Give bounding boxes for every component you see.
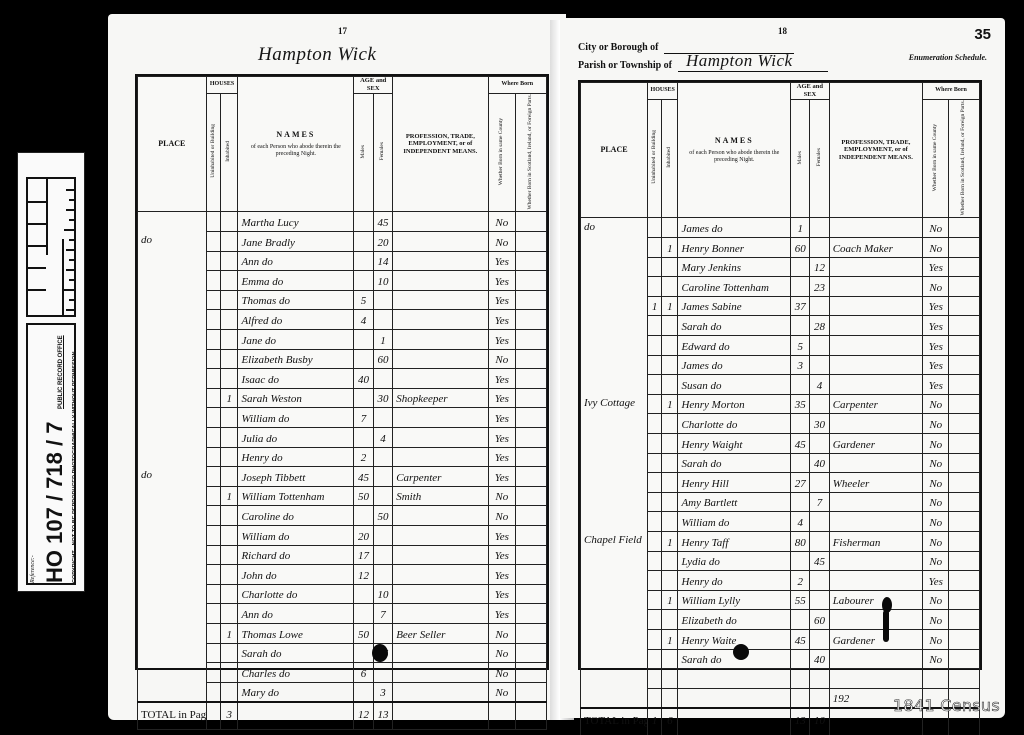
uninhabited-cell (206, 682, 220, 702)
male-age-cell (791, 669, 810, 689)
col-where-born: Where Born (923, 83, 980, 100)
same-county-cell: No (923, 394, 949, 414)
male-age-cell: 20 (354, 525, 373, 545)
col-profession: PROFESSION, TRADE, EMPLOYMENT, or of IND… (393, 77, 488, 212)
same-county-cell: No (488, 232, 516, 252)
total-inhabited: 6 (662, 708, 678, 735)
name-cell: Mary Jenkins (678, 257, 791, 277)
inhabited-cell (221, 682, 238, 702)
same-county-cell: No (923, 629, 949, 649)
census-row: Isaac do40Yes (138, 369, 547, 389)
census-row: Sarah do45No (138, 643, 547, 663)
profession-cell (393, 604, 488, 624)
inhabited-cell: 1 (662, 238, 678, 258)
female-age-cell: 10 (373, 584, 392, 604)
foreign-born-cell (949, 394, 980, 414)
female-age-cell: 4 (373, 428, 392, 448)
name-cell: Elizabeth Busby (238, 349, 354, 369)
uninhabited-cell (648, 512, 662, 532)
uninhabited-cell (206, 212, 220, 232)
same-county-cell: No (923, 473, 949, 493)
uninhabited-cell (648, 434, 662, 454)
foreign-born-cell (516, 447, 547, 467)
foreign-born-cell (949, 414, 980, 434)
inhabited-cell (662, 492, 678, 512)
profession-cell (829, 512, 922, 532)
total-blank (393, 702, 488, 730)
male-age-cell (354, 212, 373, 232)
col-age-sex: AGE and SEX (354, 77, 393, 94)
inhabited-cell (662, 434, 678, 454)
profession-cell (829, 375, 922, 395)
col-names: NAMES of each Person who abode therein t… (238, 77, 354, 212)
profession-cell: Carpenter (393, 467, 488, 487)
profession-cell (829, 277, 922, 297)
place-cell (138, 525, 207, 545)
foreign-born-cell (516, 486, 547, 506)
male-age-cell (791, 688, 810, 708)
name-cell: Sarah Weston (238, 388, 354, 408)
inhabited-cell: 1 (662, 531, 678, 551)
census-row: Mary Jenkins12Yes (581, 257, 980, 277)
same-county-cell: No (923, 414, 949, 434)
uninhabited-cell (206, 271, 220, 291)
foreign-born-cell (516, 251, 547, 271)
uninhabited-cell (206, 408, 220, 428)
name-cell: William do (678, 512, 791, 532)
enumeration-schedule-label: Enumeration Schedule. (909, 53, 987, 62)
profession-cell (393, 271, 488, 291)
inhabited-cell (221, 232, 238, 252)
foreign-born-cell (949, 238, 980, 258)
foreign-born-cell (949, 375, 980, 395)
profession-cell (393, 369, 488, 389)
place-cell (138, 506, 207, 526)
female-age-cell (810, 473, 829, 493)
same-county-cell: Yes (923, 316, 949, 336)
foreign-born-cell (516, 525, 547, 545)
total-blank (238, 702, 354, 730)
male-age-cell (791, 453, 810, 473)
census-watermark: 1841 Census (893, 696, 1000, 715)
inhabited-cell: 1 (662, 296, 678, 316)
female-age-cell (373, 623, 392, 643)
census-row: William do20Yes (138, 525, 547, 545)
uninhabited-cell (206, 467, 220, 487)
inhabited-cell (662, 218, 678, 238)
uninhabited-cell (648, 571, 662, 591)
profession-cell (393, 408, 488, 428)
census-row: Alfred do4Yes (138, 310, 547, 330)
same-county-cell: Yes (488, 310, 516, 330)
female-age-cell (810, 336, 829, 356)
foreign-born-cell (949, 571, 980, 591)
same-county-cell: Yes (923, 571, 949, 591)
female-age-cell: 45 (810, 551, 829, 571)
uninhabited-cell (206, 525, 220, 545)
col-same-county: Whether Born in same County (499, 118, 505, 185)
foreign-born-cell (949, 531, 980, 551)
uninhabited-cell (648, 257, 662, 277)
profession-cell (393, 212, 488, 232)
uninhabited-cell (206, 349, 220, 369)
inhabited-cell (662, 453, 678, 473)
name-cell: Jane do (238, 330, 354, 350)
male-age-cell (791, 316, 810, 336)
name-cell: Henry do (238, 447, 354, 467)
census-row: 11James Sabine37Yes (581, 296, 980, 316)
foreign-born-cell (949, 649, 980, 669)
foreign-born-cell (949, 296, 980, 316)
name-cell: Thomas Lowe (238, 623, 354, 643)
female-age-cell: 23 (810, 277, 829, 297)
inhabited-cell (221, 584, 238, 604)
foreign-born-cell (516, 271, 547, 291)
inhabited-cell (221, 447, 238, 467)
name-cell: Sarah do (678, 316, 791, 336)
place-cell (138, 623, 207, 643)
same-county-cell: Yes (488, 251, 516, 271)
name-cell (678, 688, 791, 708)
male-age-cell: 17 (354, 545, 373, 565)
inhabited-cell (221, 467, 238, 487)
total-label: TOTAL in Page 18 (581, 708, 648, 735)
foreign-born-cell (949, 257, 980, 277)
male-age-cell (354, 428, 373, 448)
same-county-cell: Yes (923, 257, 949, 277)
census-row: Sarah do40No (581, 649, 980, 669)
foreign-born-cell (949, 218, 980, 238)
place-cell (581, 512, 648, 532)
same-county-cell: No (488, 623, 516, 643)
uninhabited-cell (206, 310, 220, 330)
profession-cell (829, 355, 922, 375)
same-county-cell (923, 669, 949, 689)
foreign-born-cell (516, 623, 547, 643)
inhabited-cell (662, 610, 678, 630)
inhabited-cell (662, 551, 678, 571)
profession-cell (393, 506, 488, 526)
male-age-cell (354, 271, 373, 291)
same-county-cell: No (488, 682, 516, 702)
inhabited-cell (662, 649, 678, 669)
female-age-cell (373, 369, 392, 389)
same-county-cell: Yes (488, 428, 516, 448)
same-county-cell: Yes (488, 290, 516, 310)
profession-cell (393, 663, 488, 683)
uninhabited-cell (648, 669, 662, 689)
name-cell: Henry do (678, 571, 791, 591)
census-row: William do4No (581, 512, 980, 532)
same-county-cell: No (923, 218, 949, 238)
profession-cell: Smith (393, 486, 488, 506)
female-age-cell: 28 (810, 316, 829, 336)
total-males: 13 (791, 708, 810, 735)
name-cell: Ann do (238, 604, 354, 624)
female-age-cell: 40 (810, 453, 829, 473)
foreign-born-cell (516, 467, 547, 487)
parish-township-rule (678, 71, 828, 72)
male-age-cell (791, 610, 810, 630)
male-age-cell (354, 643, 373, 663)
uninhabited-cell: 1 (648, 296, 662, 316)
census-row: William do7Yes (138, 408, 547, 428)
inhabited-cell (221, 271, 238, 291)
same-county-cell: No (923, 512, 949, 532)
male-age-cell: 35 (791, 394, 810, 414)
col-males: Males (361, 145, 367, 158)
name-cell: Sarah do (238, 643, 354, 663)
male-age-cell: 4 (354, 310, 373, 330)
total-females: 10 (810, 708, 829, 735)
female-age-cell (810, 531, 829, 551)
uninhabited-cell (648, 688, 662, 708)
place-cell (581, 238, 648, 258)
place-cell (138, 388, 207, 408)
female-age-cell (810, 512, 829, 532)
census-row: 1Henry Bonner60Coach MakerNo (581, 238, 980, 258)
foreign-born-cell (949, 277, 980, 297)
profession-cell (393, 545, 488, 565)
female-age-cell: 20 (373, 232, 392, 252)
census-table-right: PLACE HOUSES NAMES of each Person who ab… (578, 80, 982, 670)
census-row: Ivy Cottage1Henry Morton35CarpenterNo (581, 394, 980, 414)
profession-cell: Gardener (829, 629, 922, 649)
foreign-born-cell (516, 330, 547, 350)
profession-cell (829, 336, 922, 356)
same-county-cell: Yes (488, 584, 516, 604)
reference-number: HO 107 / 718 / 7 (42, 422, 68, 583)
same-county-cell: No (923, 590, 949, 610)
parish-value-handwritten: Hampton Wick (686, 51, 793, 71)
profession-cell (829, 296, 922, 316)
census-row: Charlotte do10Yes (138, 584, 547, 604)
profession-cell: Wheeler (829, 473, 922, 493)
same-county-cell: Yes (488, 525, 516, 545)
place-cell (138, 271, 207, 291)
col-foreign: Whether Born in Scotland, Ireland, or Fo… (961, 100, 967, 215)
city-borough-label: City or Borough of (578, 42, 658, 53)
uninhabited-cell (206, 290, 220, 310)
profession-cell (829, 414, 922, 434)
female-age-cell: 14 (373, 251, 392, 271)
same-county-cell: No (923, 453, 949, 473)
inhabited-cell (662, 571, 678, 591)
place-cell (581, 453, 648, 473)
female-age-cell: 60 (373, 349, 392, 369)
place-cell (138, 212, 207, 232)
name-cell: William do (238, 408, 354, 428)
profession-cell: Shopkeeper (393, 388, 488, 408)
place-cell (138, 251, 207, 271)
name-cell: James Sabine (678, 296, 791, 316)
census-row: 1Sarah Weston30ShopkeeperYes (138, 388, 547, 408)
inhabited-cell (221, 369, 238, 389)
uninhabited-cell (206, 232, 220, 252)
same-county-cell: Yes (923, 336, 949, 356)
col-females: Females (817, 148, 823, 166)
profession-cell (393, 584, 488, 604)
male-age-cell: 80 (791, 531, 810, 551)
profession-cell (829, 453, 922, 473)
female-age-cell: 60 (810, 610, 829, 630)
male-age-cell: 45 (791, 434, 810, 454)
name-cell: Amy Bartlett (678, 492, 791, 512)
uninhabited-cell (648, 238, 662, 258)
male-age-cell (354, 330, 373, 350)
same-county-cell: Yes (488, 447, 516, 467)
uninhabited-cell (648, 629, 662, 649)
census-row: Chapel Field1Henry Taff80FishermanNo (581, 531, 980, 551)
same-county-cell: No (923, 492, 949, 512)
foreign-born-cell (949, 629, 980, 649)
profession-cell (393, 290, 488, 310)
total-uninhabited: 1 (648, 708, 662, 735)
col-females: Females (380, 142, 386, 160)
same-county-cell: Yes (488, 388, 516, 408)
foreign-born-cell (949, 551, 980, 571)
male-age-cell (354, 349, 373, 369)
place-cell (138, 330, 207, 350)
profession-cell (393, 232, 488, 252)
uninhabited-cell (648, 492, 662, 512)
male-age-cell (791, 375, 810, 395)
census-row: 1Thomas Lowe50Beer SellerNo (138, 623, 547, 643)
same-county-cell: No (488, 349, 516, 369)
foreign-born-cell (949, 669, 980, 689)
female-age-cell (810, 296, 829, 316)
foreign-born-cell (949, 316, 980, 336)
inhabited-cell (221, 663, 238, 683)
same-county-cell: Yes (488, 545, 516, 565)
census-row: doJames do1No (581, 218, 980, 238)
profession-cell (393, 682, 488, 702)
inhabited-cell (221, 251, 238, 271)
parish-heading-handwritten: Hampton Wick (258, 44, 376, 66)
female-age-cell: 30 (810, 414, 829, 434)
profession-cell (829, 492, 922, 512)
inhabited-cell (221, 506, 238, 526)
place-cell (138, 486, 207, 506)
inhabited-cell (221, 290, 238, 310)
male-age-cell (791, 257, 810, 277)
uninhabited-cell (206, 643, 220, 663)
foreign-born-cell (516, 682, 547, 702)
profession-cell (393, 428, 488, 448)
ink-blot (733, 644, 749, 660)
foreign-born-cell (516, 604, 547, 624)
total-blank (678, 708, 791, 735)
same-county-cell: No (488, 506, 516, 526)
census-row: Sarah do28Yes (581, 316, 980, 336)
male-age-cell (354, 251, 373, 271)
same-county-cell: Yes (488, 565, 516, 585)
profession-cell (393, 349, 488, 369)
total-females: 13 (373, 702, 392, 730)
uninhabited-cell (648, 355, 662, 375)
uninhabited-cell (648, 453, 662, 473)
place-cell (581, 375, 648, 395)
uninhabited-cell (648, 610, 662, 630)
profession-cell: Beer Seller (393, 623, 488, 643)
uninhabited-cell (206, 565, 220, 585)
foreign-born-cell (516, 408, 547, 428)
female-age-cell (373, 290, 392, 310)
profession-cell (829, 610, 922, 630)
total-blank (516, 702, 547, 730)
male-age-cell: 2 (791, 571, 810, 591)
inhabited-cell (662, 512, 678, 532)
name-cell: Jane Bradly (238, 232, 354, 252)
female-age-cell (373, 565, 392, 585)
inhabited-cell: 1 (662, 629, 678, 649)
foreign-born-cell (516, 663, 547, 683)
female-age-cell (373, 310, 392, 330)
census-row: Edward do5Yes (581, 336, 980, 356)
foreign-born-cell (516, 584, 547, 604)
female-age-cell (810, 355, 829, 375)
male-age-cell: 5 (791, 336, 810, 356)
census-row: Henry do2Yes (138, 447, 547, 467)
col-houses: HOUSES (206, 77, 238, 94)
same-county-cell: Yes (923, 355, 949, 375)
male-age-cell (354, 388, 373, 408)
female-age-cell (810, 688, 829, 708)
place-cell (581, 316, 648, 336)
same-county-cell: No (923, 551, 949, 571)
name-cell: Richard do (238, 545, 354, 565)
male-age-cell: 7 (354, 408, 373, 428)
foreign-born-cell (516, 643, 547, 663)
uninhabited-cell (648, 336, 662, 356)
name-cell (678, 669, 791, 689)
page-number: 17 (338, 26, 347, 36)
profession-cell: Labourer (829, 590, 922, 610)
place-cell (138, 565, 207, 585)
foreign-born-cell (949, 590, 980, 610)
inhabited-cell (662, 277, 678, 297)
total-label: TOTAL in Page 17 (138, 702, 207, 730)
name-cell: Henry Taff (678, 531, 791, 551)
female-age-cell (810, 238, 829, 258)
inhabited-cell: 1 (662, 394, 678, 414)
uninhabited-cell (206, 604, 220, 624)
name-cell: Lydia do (678, 551, 791, 571)
inhabited-cell (221, 525, 238, 545)
inhabited-cell (221, 408, 238, 428)
name-cell: Henry Morton (678, 394, 791, 414)
name-cell: Thomas do (238, 290, 354, 310)
female-age-cell: 10 (373, 271, 392, 291)
female-age-cell (373, 663, 392, 683)
same-county-cell: No (923, 238, 949, 258)
male-age-cell: 4 (791, 512, 810, 532)
same-county-cell: No (488, 212, 516, 232)
same-county-cell: No (488, 643, 516, 663)
profession-cell (393, 525, 488, 545)
total-inhabited: 3 (221, 702, 238, 730)
female-age-cell (373, 486, 392, 506)
same-county-cell: No (923, 434, 949, 454)
folio-number: 35 (974, 26, 991, 43)
name-cell: Charlotte do (238, 584, 354, 604)
inhabited-cell (662, 669, 678, 689)
place-cell (138, 682, 207, 702)
place-cell (581, 257, 648, 277)
place-cell (581, 590, 648, 610)
place-cell: Ivy Cottage (581, 394, 648, 414)
total-blank (488, 702, 516, 730)
